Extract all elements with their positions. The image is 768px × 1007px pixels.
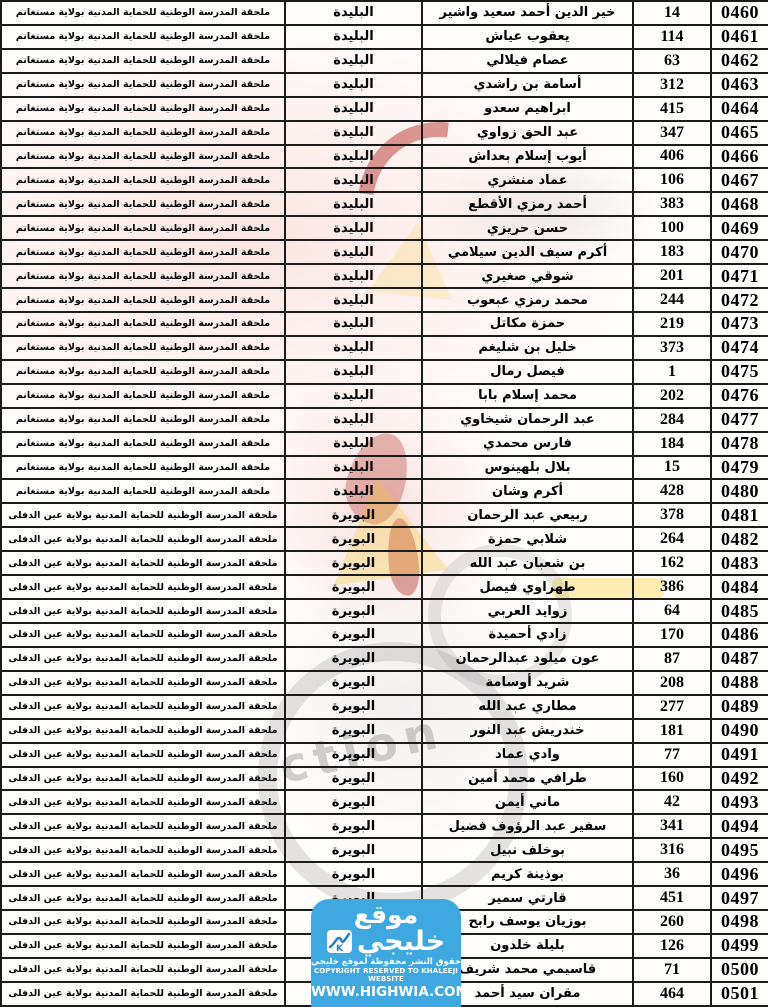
cell-institution: ملحقة المدرسة الوطنية للحماية المدنية بو… bbox=[1, 814, 285, 838]
table-row: 048787عون ميلود عبدالرحمانالبويرةملحقة ا… bbox=[1, 647, 768, 671]
cell-count: 77 bbox=[633, 743, 711, 767]
cell-institution: ملحقة المدرسة الوطنية للحماية المدنية بو… bbox=[1, 168, 285, 192]
cell-name: عبد الرحمان شيخاوي bbox=[422, 408, 633, 432]
table-row: 0480428أكرم وشانالبليدةملحقة المدرسة الو… bbox=[1, 479, 768, 503]
badge-copyright-english: COPYRIGHT RESERVED TO KHALEEJI WEBSITE bbox=[311, 967, 461, 983]
cell-institution: ملحقة المدرسة الوطنية للحماية المدنية بو… bbox=[1, 432, 285, 456]
badge-site-word: موقع bbox=[311, 902, 461, 928]
cell-institution: ملحقة المدرسة الوطنية للحماية المدنية بو… bbox=[1, 360, 285, 384]
cell-id: 0484 bbox=[711, 575, 768, 599]
cell-city: البويرة bbox=[285, 599, 422, 623]
cell-name: فيصل رمال bbox=[422, 360, 633, 384]
cell-institution: ملحقة المدرسة الوطنية للحماية المدنية بو… bbox=[1, 767, 285, 791]
cell-name: زادي أحميدة bbox=[422, 623, 633, 647]
cell-institution: ملحقة المدرسة الوطنية للحماية المدنية بو… bbox=[1, 551, 285, 575]
cell-name: بوذينة كريم bbox=[422, 862, 633, 886]
cell-institution: ملحقة المدرسة الوطنية للحماية المدنية بو… bbox=[1, 479, 285, 503]
table-row: 0477284عبد الرحمان شيخاويالبليدةملحقة ال… bbox=[1, 408, 768, 432]
cell-name: خندريش عبد النور bbox=[422, 719, 633, 743]
cell-name: بن شعبان عبد الله bbox=[422, 551, 633, 575]
cell-institution: ملحقة المدرسة الوطنية للحماية المدنية بو… bbox=[1, 384, 285, 408]
cell-id: 0469 bbox=[711, 216, 768, 240]
cell-name: سفير عبد الرؤوف فضيل bbox=[422, 814, 633, 838]
table-row: 0469100حسن حريزيالبليدةملحقة المدرسة الو… bbox=[1, 216, 768, 240]
cell-count: 114 bbox=[633, 25, 711, 49]
table-row: 046263عصام فيلاليالبليدةملحقة المدرسة ال… bbox=[1, 49, 768, 73]
cell-city: البليدة bbox=[285, 97, 422, 121]
badge-copyright-arabic: حقوق النشر محفوظة لموقع خليجي bbox=[311, 957, 461, 967]
cell-institution: ملحقة المدرسة الوطنية للحماية المدنية بو… bbox=[1, 240, 285, 264]
cell-count: 464 bbox=[633, 982, 711, 1006]
cell-id: 0487 bbox=[711, 647, 768, 671]
cell-city: البليدة bbox=[285, 360, 422, 384]
cell-institution: ملحقة المدرسة الوطنية للحماية المدنية بو… bbox=[1, 982, 285, 1006]
cell-institution: ملحقة المدرسة الوطنية للحماية المدنية بو… bbox=[1, 719, 285, 743]
cell-name: أكرم وشان bbox=[422, 479, 633, 503]
cell-city: البويرة bbox=[285, 862, 422, 886]
table-row: 0473219حمزة مكاتلالبليدةملحقة المدرسة ال… bbox=[1, 312, 768, 336]
cell-id: 0499 bbox=[711, 934, 768, 958]
table-row: 049177وادي عمادالبويرةملحقة المدرسة الوط… bbox=[1, 743, 768, 767]
cell-name: وادي عماد bbox=[422, 743, 633, 767]
cell-city: البليدة bbox=[285, 240, 422, 264]
cell-id: 0464 bbox=[711, 97, 768, 121]
cell-count: 71 bbox=[633, 958, 711, 982]
cell-city: البويرة bbox=[285, 743, 422, 767]
cell-city: البليدة bbox=[285, 288, 422, 312]
roster-table: 046014خير الدين أحمد سعيد واشيرالبليدةمل… bbox=[0, 0, 768, 1007]
cell-institution: ملحقة المدرسة الوطنية للحماية المدنية بو… bbox=[1, 336, 285, 360]
cell-institution: ملحقة المدرسة الوطنية للحماية المدنية بو… bbox=[1, 312, 285, 336]
cell-count: 14 bbox=[633, 1, 711, 25]
cell-institution: ملحقة المدرسة الوطنية للحماية المدنية بو… bbox=[1, 288, 285, 312]
cell-id: 0482 bbox=[711, 527, 768, 551]
table-row: 0489277مطاري عبد اللهالبويرةملحقة المدرس… bbox=[1, 695, 768, 719]
cell-institution: ملحقة المدرسة الوطنية للحماية المدنية بو… bbox=[1, 264, 285, 288]
cell-city: البليدة bbox=[285, 456, 422, 480]
cell-city: البويرة bbox=[285, 671, 422, 695]
table-row: 0463312أسامة بن راشديالبليدةملحقة المدرس… bbox=[1, 73, 768, 97]
cell-name: أسامة بن راشدي bbox=[422, 73, 633, 97]
cell-id: 0486 bbox=[711, 623, 768, 647]
cell-count: 316 bbox=[633, 838, 711, 862]
cell-institution: ملحقة المدرسة الوطنية للحماية المدنية بو… bbox=[1, 73, 285, 97]
cell-count: 277 bbox=[633, 695, 711, 719]
cell-count: 126 bbox=[633, 934, 711, 958]
cell-count: 264 bbox=[633, 527, 711, 551]
cell-name: شلابي حمزة bbox=[422, 527, 633, 551]
cell-id: 0485 bbox=[711, 599, 768, 623]
cell-count: 202 bbox=[633, 384, 711, 408]
cell-count: 87 bbox=[633, 647, 711, 671]
cell-count: 160 bbox=[633, 767, 711, 791]
cell-institution: ملحقة المدرسة الوطنية للحماية المدنية بو… bbox=[1, 862, 285, 886]
cell-institution: ملحقة المدرسة الوطنية للحماية المدنية بو… bbox=[1, 503, 285, 527]
cell-city: البويرة bbox=[285, 814, 422, 838]
cell-institution: ملحقة المدرسة الوطنية للحماية المدنية بو… bbox=[1, 647, 285, 671]
cell-id: 0474 bbox=[711, 336, 768, 360]
cell-id: 0490 bbox=[711, 719, 768, 743]
cell-id: 0473 bbox=[711, 312, 768, 336]
cell-id: 0475 bbox=[711, 360, 768, 384]
cell-id: 0467 bbox=[711, 168, 768, 192]
cell-count: 183 bbox=[633, 240, 711, 264]
table-row: 0483162بن شعبان عبد اللهالبويرةملحقة الم… bbox=[1, 551, 768, 575]
cell-institution: ملحقة المدرسة الوطنية للحماية المدنية بو… bbox=[1, 886, 285, 910]
cell-institution: ملحقة المدرسة الوطنية للحماية المدنية بو… bbox=[1, 216, 285, 240]
khaleeji-logo-icon: K bbox=[327, 930, 352, 953]
cell-name: عبد الحق زواوي bbox=[422, 121, 633, 145]
table-row: 046014خير الدين أحمد سعيد واشيرالبليدةمل… bbox=[1, 1, 768, 25]
document-page: ction 046014خير الدين أحمد سعيد واشيرالب… bbox=[0, 0, 768, 1007]
cell-name: أكرم سيف الدين سيلامي bbox=[422, 240, 633, 264]
table-row: 0484386طهراوي فيصلالبويرةملحقة المدرسة ا… bbox=[1, 575, 768, 599]
cell-city: البليدة bbox=[285, 49, 422, 73]
cell-id: 0477 bbox=[711, 408, 768, 432]
cell-name: محمد رمزي عبعوب bbox=[422, 288, 633, 312]
table-row: 0486170زادي أحميدةالبويرةملحقة المدرسة ا… bbox=[1, 623, 768, 647]
cell-id: 0492 bbox=[711, 767, 768, 791]
table-row: 0478184فارس محمديالبليدةملحقة المدرسة ال… bbox=[1, 432, 768, 456]
cell-name: مطاري عبد الله bbox=[422, 695, 633, 719]
cell-institution: ملحقة المدرسة الوطنية للحماية المدنية بو… bbox=[1, 121, 285, 145]
cell-city: البويرة bbox=[285, 647, 422, 671]
cell-id: 0489 bbox=[711, 695, 768, 719]
cell-count: 162 bbox=[633, 551, 711, 575]
cell-city: البويرة bbox=[285, 695, 422, 719]
cell-id: 0494 bbox=[711, 814, 768, 838]
cell-count: 451 bbox=[633, 886, 711, 910]
cell-name: فارس محمدي bbox=[422, 432, 633, 456]
table-row: 0481378ربيعي عبد الرحمانالبويرةملحقة الم… bbox=[1, 503, 768, 527]
cell-name: ابراهيم سعدو bbox=[422, 97, 633, 121]
cell-city: البويرة bbox=[285, 767, 422, 791]
cell-city: البليدة bbox=[285, 408, 422, 432]
table-row: 0490181خندريش عبد النورالبويرةملحقة المد… bbox=[1, 719, 768, 743]
cell-city: البليدة bbox=[285, 384, 422, 408]
cell-count: 373 bbox=[633, 336, 711, 360]
roster-table-body: 046014خير الدين أحمد سعيد واشيرالبليدةمل… bbox=[1, 1, 768, 1006]
cell-id: 0496 bbox=[711, 862, 768, 886]
cell-institution: ملحقة المدرسة الوطنية للحماية المدنية بو… bbox=[1, 575, 285, 599]
cell-name: أحمد رمزي الأقطع bbox=[422, 192, 633, 216]
cell-id: 0491 bbox=[711, 743, 768, 767]
cell-count: 378 bbox=[633, 503, 711, 527]
cell-city: البويرة bbox=[285, 623, 422, 647]
cell-name: خير الدين أحمد سعيد واشير bbox=[422, 1, 633, 25]
cell-city: البليدة bbox=[285, 168, 422, 192]
cell-name: زوايد العربي bbox=[422, 599, 633, 623]
khaleeji-watermark-badge: موقع خليجي K حقوق النشر محفوظة لموقع خلي… bbox=[311, 899, 461, 1007]
cell-institution: ملحقة المدرسة الوطنية للحماية المدنية بو… bbox=[1, 838, 285, 862]
table-row: 0468383أحمد رمزي الأقطعالبليدةملحقة المد… bbox=[1, 192, 768, 216]
cell-id: 0465 bbox=[711, 121, 768, 145]
cell-name: ماني أيمن bbox=[422, 790, 633, 814]
cell-count: 15 bbox=[633, 456, 711, 480]
cell-name: أيوب إسلام بعداش bbox=[422, 145, 633, 169]
cell-count: 42 bbox=[633, 790, 711, 814]
cell-institution: ملحقة المدرسة الوطنية للحماية المدنية بو… bbox=[1, 25, 285, 49]
cell-count: 208 bbox=[633, 671, 711, 695]
cell-city: البليدة bbox=[285, 192, 422, 216]
cell-name: محمد إسلام بابا bbox=[422, 384, 633, 408]
cell-name: يعقوب عياش bbox=[422, 25, 633, 49]
cell-name: طهراوي فيصل bbox=[422, 575, 633, 599]
table-row: 0476202محمد إسلام باباالبليدةملحقة المدر… bbox=[1, 384, 768, 408]
cell-count: 312 bbox=[633, 73, 711, 97]
badge-brand-word: خليجي bbox=[357, 928, 445, 955]
cell-id: 0480 bbox=[711, 479, 768, 503]
table-row: 047915بلال بلهينوسالبليدةملحقة المدرسة ا… bbox=[1, 456, 768, 480]
cell-city: البليدة bbox=[285, 312, 422, 336]
cell-id: 0501 bbox=[711, 982, 768, 1006]
cell-count: 63 bbox=[633, 49, 711, 73]
table-row: 0464415ابراهيم سعدوالبليدةملحقة المدرسة … bbox=[1, 97, 768, 121]
cell-id: 0495 bbox=[711, 838, 768, 862]
cell-name: حمزة مكاتل bbox=[422, 312, 633, 336]
cell-city: البليدة bbox=[285, 479, 422, 503]
cell-count: 341 bbox=[633, 814, 711, 838]
table-row: 0492160طرافي محمد أمينالبويرةملحقة المدر… bbox=[1, 767, 768, 791]
table-row: 0471201شوقي صغيريالبليدةملحقة المدرسة ال… bbox=[1, 264, 768, 288]
table-row: 0467106عماد منشريالبليدةملحقة المدرسة ال… bbox=[1, 168, 768, 192]
cell-name: حسن حريزي bbox=[422, 216, 633, 240]
table-row: 0461114يعقوب عياشالبليدةملحقة المدرسة ال… bbox=[1, 25, 768, 49]
cell-count: 386 bbox=[633, 575, 711, 599]
cell-count: 428 bbox=[633, 479, 711, 503]
cell-id: 0483 bbox=[711, 551, 768, 575]
cell-id: 0488 bbox=[711, 671, 768, 695]
cell-institution: ملحقة المدرسة الوطنية للحماية المدنية بو… bbox=[1, 671, 285, 695]
cell-city: البليدة bbox=[285, 432, 422, 456]
badge-brand-row: خليجي K bbox=[311, 928, 461, 955]
table-row: 0482264شلابي حمزةالبويرةملحقة المدرسة ال… bbox=[1, 527, 768, 551]
cell-count: 181 bbox=[633, 719, 711, 743]
cell-id: 0463 bbox=[711, 73, 768, 97]
cell-city: البويرة bbox=[285, 575, 422, 599]
table-row: 0494341سفير عبد الرؤوف فضيلالبويرةملحقة … bbox=[1, 814, 768, 838]
cell-count: 184 bbox=[633, 432, 711, 456]
cell-city: البليدة bbox=[285, 73, 422, 97]
cell-count: 244 bbox=[633, 288, 711, 312]
cell-count: 36 bbox=[633, 862, 711, 886]
table-row: 0474373خليل بن شليغمالبليدةملحقة المدرسة… bbox=[1, 336, 768, 360]
cell-name: ربيعي عبد الرحمان bbox=[422, 503, 633, 527]
table-row: 049342ماني أيمنالبويرةملحقة المدرسة الوط… bbox=[1, 790, 768, 814]
cell-id: 0461 bbox=[711, 25, 768, 49]
cell-id: 0498 bbox=[711, 910, 768, 934]
cell-id: 0462 bbox=[711, 49, 768, 73]
cell-count: 383 bbox=[633, 192, 711, 216]
cell-institution: ملحقة المدرسة الوطنية للحماية المدنية بو… bbox=[1, 790, 285, 814]
svg-text:K: K bbox=[336, 944, 344, 953]
cell-institution: ملحقة المدرسة الوطنية للحماية المدنية بو… bbox=[1, 456, 285, 480]
cell-institution: ملحقة المدرسة الوطنية للحماية المدنية بو… bbox=[1, 97, 285, 121]
cell-id: 0493 bbox=[711, 790, 768, 814]
cell-institution: ملحقة المدرسة الوطنية للحماية المدنية بو… bbox=[1, 934, 285, 958]
table-row: 0495316بوخلف نبيلالبويرةملحقة المدرسة ال… bbox=[1, 838, 768, 862]
cell-id: 0476 bbox=[711, 384, 768, 408]
cell-institution: ملحقة المدرسة الوطنية للحماية المدنية بو… bbox=[1, 527, 285, 551]
cell-institution: ملحقة المدرسة الوطنية للحماية المدنية بو… bbox=[1, 408, 285, 432]
table-row: 0466406أيوب إسلام بعداشالبليدةملحقة المد… bbox=[1, 145, 768, 169]
cell-id: 0500 bbox=[711, 958, 768, 982]
cell-city: البويرة bbox=[285, 527, 422, 551]
cell-count: 106 bbox=[633, 168, 711, 192]
cell-city: البليدة bbox=[285, 216, 422, 240]
cell-city: البويرة bbox=[285, 838, 422, 862]
cell-count: 201 bbox=[633, 264, 711, 288]
cell-name: خليل بن شليغم bbox=[422, 336, 633, 360]
cell-city: البليدة bbox=[285, 121, 422, 145]
cell-count: 347 bbox=[633, 121, 711, 145]
cell-id: 0460 bbox=[711, 1, 768, 25]
table-row: 048564زوايد العربيالبويرةملحقة المدرسة ا… bbox=[1, 599, 768, 623]
table-row: 049636بوذينة كريمالبويرةملحقة المدرسة ال… bbox=[1, 862, 768, 886]
cell-id: 0481 bbox=[711, 503, 768, 527]
cell-name: عماد منشري bbox=[422, 168, 633, 192]
cell-name: عون ميلود عبدالرحمان bbox=[422, 647, 633, 671]
cell-count: 260 bbox=[633, 910, 711, 934]
table-row: 0472244محمد رمزي عبعوبالبليدةملحقة المدر… bbox=[1, 288, 768, 312]
cell-city: البويرة bbox=[285, 719, 422, 743]
cell-count: 100 bbox=[633, 216, 711, 240]
cell-city: البليدة bbox=[285, 336, 422, 360]
cell-count: 284 bbox=[633, 408, 711, 432]
cell-city: البليدة bbox=[285, 25, 422, 49]
cell-count: 415 bbox=[633, 97, 711, 121]
cell-institution: ملحقة المدرسة الوطنية للحماية المدنية بو… bbox=[1, 49, 285, 73]
table-row: 0488208شريد أوسامةالبويرةملحقة المدرسة ا… bbox=[1, 671, 768, 695]
cell-count: 406 bbox=[633, 145, 711, 169]
cell-city: البويرة bbox=[285, 503, 422, 527]
table-row: 04751فيصل رمالالبليدةملحقة المدرسة الوطن… bbox=[1, 360, 768, 384]
table-row: 0470183أكرم سيف الدين سيلاميالبليدةملحقة… bbox=[1, 240, 768, 264]
cell-count: 170 bbox=[633, 623, 711, 647]
cell-name: بوخلف نبيل bbox=[422, 838, 633, 862]
cell-id: 0479 bbox=[711, 456, 768, 480]
cell-city: البليدة bbox=[285, 1, 422, 25]
cell-name: عصام فيلالي bbox=[422, 49, 633, 73]
cell-city: البويرة bbox=[285, 790, 422, 814]
table-row: 0465347عبد الحق زواويالبليدةملحقة المدرس… bbox=[1, 121, 768, 145]
cell-institution: ملحقة المدرسة الوطنية للحماية المدنية بو… bbox=[1, 695, 285, 719]
cell-id: 0466 bbox=[711, 145, 768, 169]
cell-id: 0468 bbox=[711, 192, 768, 216]
cell-count: 1 bbox=[633, 360, 711, 384]
cell-name: طرافي محمد أمين bbox=[422, 767, 633, 791]
cell-institution: ملحقة المدرسة الوطنية للحماية المدنية بو… bbox=[1, 599, 285, 623]
cell-city: البويرة bbox=[285, 551, 422, 575]
cell-name: شريد أوسامة bbox=[422, 671, 633, 695]
cell-city: البليدة bbox=[285, 264, 422, 288]
cell-institution: ملحقة المدرسة الوطنية للحماية المدنية بو… bbox=[1, 1, 285, 25]
cell-count: 219 bbox=[633, 312, 711, 336]
cell-city: البليدة bbox=[285, 145, 422, 169]
cell-institution: ملحقة المدرسة الوطنية للحماية المدنية بو… bbox=[1, 145, 285, 169]
cell-name: بلال بلهينوس bbox=[422, 456, 633, 480]
cell-institution: ملحقة المدرسة الوطنية للحماية المدنية بو… bbox=[1, 958, 285, 982]
cell-id: 0478 bbox=[711, 432, 768, 456]
cell-id: 0471 bbox=[711, 264, 768, 288]
cell-institution: ملحقة المدرسة الوطنية للحماية المدنية بو… bbox=[1, 910, 285, 934]
cell-institution: ملحقة المدرسة الوطنية للحماية المدنية بو… bbox=[1, 192, 285, 216]
cell-institution: ملحقة المدرسة الوطنية للحماية المدنية بو… bbox=[1, 623, 285, 647]
cell-count: 64 bbox=[633, 599, 711, 623]
cell-name: شوقي صغيري bbox=[422, 264, 633, 288]
cell-id: 0470 bbox=[711, 240, 768, 264]
cell-id: 0472 bbox=[711, 288, 768, 312]
badge-website-url: WWW.HIGHWIA.COM bbox=[311, 984, 461, 1000]
cell-institution: ملحقة المدرسة الوطنية للحماية المدنية بو… bbox=[1, 743, 285, 767]
cell-id: 0497 bbox=[711, 886, 768, 910]
